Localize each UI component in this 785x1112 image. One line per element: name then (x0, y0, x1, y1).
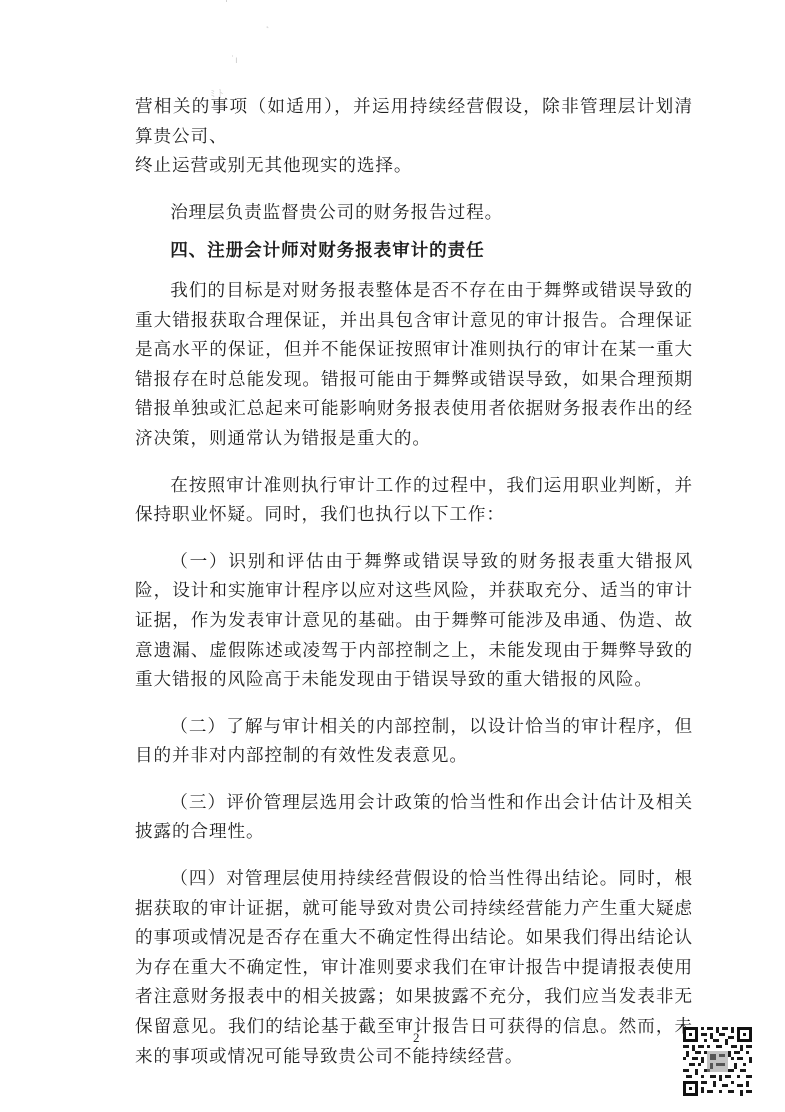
paragraph-item-1: （一）识别和评估由于舞弊或错误导致的财务报表重大错报风险，设计和实施审计程序以应… (135, 548, 693, 696)
paragraph-item-3: （三）评价管理层选用会计政策的恰当性和作出会计估计及相关披露的合理性。 (135, 789, 693, 848)
paragraph-item-2: （二）了解与审计相关的内部控制，以设计恰当的审计程序，但目的并非对内部控制的有效… (135, 713, 693, 772)
paragraph-objective: 我们的目标是对财务报表整体是否不存在由于舞弊或错误导致的重大错报获取合理保证，并… (135, 277, 693, 455)
page-number: 2 (413, 1030, 420, 1046)
scan-artifact: ˙ı (230, 55, 238, 66)
scan-artifact: ·ı · · · (222, 0, 247, 5)
section-heading: 四、注册会计师对财务报表审计的责任 (135, 237, 693, 267)
document-body: 营相关的事项（如适用），并运用持续经营假设，除非管理层计划清算贵公司、 终止运营… (135, 93, 693, 1072)
governance-paragraph: 治理层负责监督贵公司的财务报告过程。 (135, 199, 693, 229)
document-page: ·ı · · · ˛ ˙ı ﾐ ﾄ 营相关的事项（如适用），并运用持续经营假设，… (0, 0, 785, 1112)
continuation-line: 终止运营或别无其他现实的选择。 (135, 152, 693, 182)
qr-code-icon (683, 1027, 752, 1096)
paragraph-professional-judgment: 在按照审计准则执行审计工作的过程中，我们运用职业判断，并保持职业怀疑。同时，我们… (135, 472, 693, 531)
scan-artifact: ˛ (265, 18, 270, 29)
continuation-line: 营相关的事项（如适用），并运用持续经营假设，除非管理层计划清算贵公司、 (135, 93, 693, 152)
